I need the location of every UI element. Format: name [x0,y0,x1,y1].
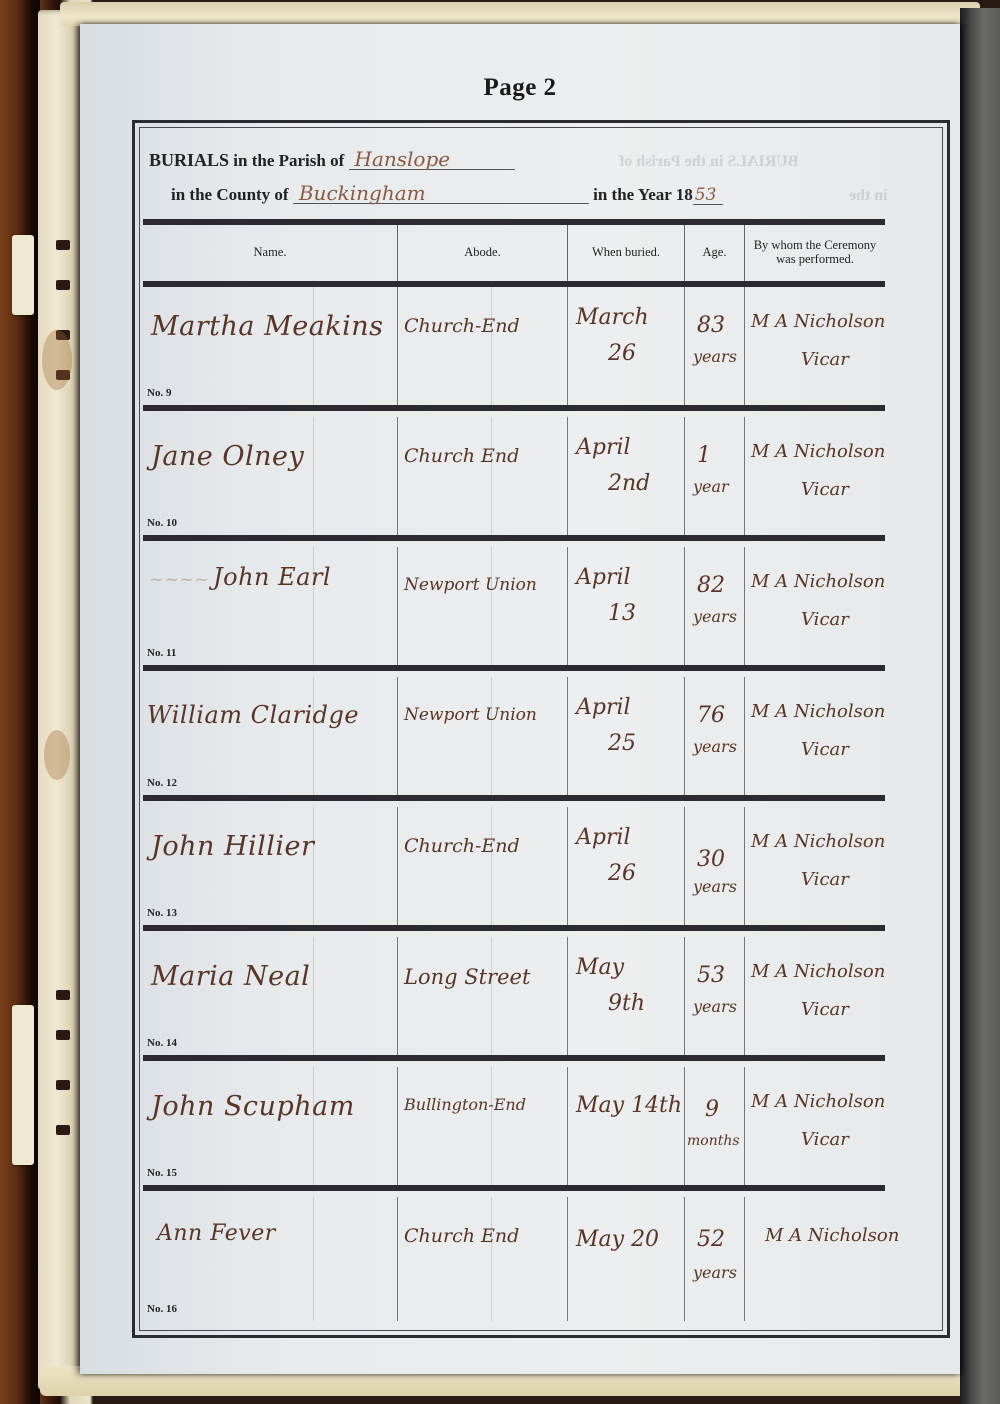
column-header-when-buried: When buried. [568,225,685,281]
entry-name: William Claridge [147,701,359,729]
entry-when-cell: April 25 [568,677,685,795]
rust-stain [44,730,70,780]
entry-number: No. 14 [147,1037,177,1049]
entry-officiant-cell: M A Nicholson [745,1197,885,1321]
burial-entry: William Claridge No. 12 Newport Union Ap… [143,677,885,801]
entry-abode-cell: Church End [398,417,568,535]
entry-when-cell: May 9th [568,937,685,1055]
entry-abode-cell: Church-End [398,287,568,405]
column-header-name: Name. [143,225,398,281]
parish-field: Hanslope [349,149,515,170]
entry-officiant: M A Nicholson [751,441,885,462]
entry-name: Ann Fever [157,1221,276,1246]
entry-age-unit: year [693,477,729,496]
entry-abode-cell: Bullington-End [398,1067,568,1185]
entry-officiant: M A Nicholson [751,571,885,592]
entry-age-cell: 83 years [685,287,745,405]
entry-age-unit: years [693,1263,737,1282]
entry-name: John Hillier [151,831,314,862]
burial-entries: Martha Meakins No. 9 Church-End March 26… [143,287,885,1327]
entry-age-unit: years [693,737,737,756]
entry-abode-cell: Newport Union [398,677,568,795]
binding-tab [12,1005,34,1165]
entry-name-cell: William Claridge No. 12 [143,677,398,795]
entry-number: No. 9 [147,387,171,399]
entry-officiant-cell: M A Nicholson Vicar [745,1067,885,1185]
entry-age-unit: years [693,347,737,366]
entry-name-cell: Maria Neal No. 14 [143,937,398,1055]
entry-officiant: M A Nicholson [751,831,885,852]
entry-abode: Bullington-End [404,1095,526,1114]
binding-hole [56,990,70,1000]
entry-name: John Scupham [151,1091,355,1122]
entry-age-unit: years [693,997,737,1016]
entry-age-cell: 30 years [685,807,745,925]
entry-age-cell: 53 years [685,937,745,1055]
burial-entry: John Hillier No. 13 Church-End April 26 … [143,807,885,931]
county-line: in the County of Buckingham in the Year … [171,183,723,205]
entry-age-value: 9 [705,1097,719,1122]
entry-age-cell: 82 years [685,547,745,665]
entry-when-cell: May 14th [568,1067,685,1185]
entry-officiant-cell: M A Nicholson Vicar [745,937,885,1055]
entry-officiant-cell: M A Nicholson Vicar [745,417,885,535]
entry-abode: Church-End [404,835,520,857]
entry-when-month: April [576,565,631,590]
entry-officiant-title: Vicar [801,869,849,890]
county-field: Buckingham [293,183,589,204]
entry-officiant: M A Nicholson [751,961,885,982]
column-header-abode: Abode. [398,225,568,281]
entry-name-cell: Martha Meakins No. 9 [143,287,398,405]
binding-hole [56,1080,70,1090]
entry-name-cell: ~~~~ John Earl No. 11 [143,547,398,665]
entry-when-month: April [576,825,631,850]
book-cover-right [960,8,1000,1404]
burial-entry: ~~~~ John Earl No. 11 Newport Union Apri… [143,547,885,671]
binding-hole [56,240,70,250]
burial-entry: Ann Fever No. 16 Church End May 20 52 ye… [143,1197,885,1321]
entry-officiant-cell: M A Nicholson Vicar [745,547,885,665]
entry-age-cell: 52 years [685,1197,745,1321]
entry-abode: Newport Union [404,575,537,595]
entry-officiant: M A Nicholson [751,311,885,332]
entry-age-cell: 76 years [685,677,745,795]
entry-name-cell: Jane Olney No. 10 [143,417,398,535]
entry-age-cell: 9 months [685,1067,745,1185]
burial-entry: John Scupham No. 15 Bullington-End May 1… [143,1067,885,1191]
entry-when-day: 26 [608,341,636,366]
book-shadow [0,0,40,1404]
column-header-row: Name. Abode. When buried. Age. By whom t… [143,219,885,287]
entry-officiant: M A Nicholson [751,1091,885,1112]
entry-age-value: 1 [697,443,711,468]
entry-name: John Earl [213,563,331,591]
entry-name-cell: Ann Fever No. 16 [143,1197,398,1321]
entry-number: No. 13 [147,907,177,919]
entry-number: No. 11 [147,647,176,659]
binding-hole [56,280,70,290]
column-header-by-whom: By whom the Ceremony was performed. [745,225,885,281]
binding-hole [56,1125,70,1135]
entry-officiant-title: Vicar [801,349,849,370]
bleed-through-text: in the [849,187,888,205]
entry-age-value: 83 [697,313,725,338]
entry-when-month: May 14th [576,1093,682,1118]
entry-officiant: M A Nicholson [751,701,885,722]
entry-name: Jane Olney [151,441,304,472]
entry-officiant-cell: M A Nicholson Vicar [745,807,885,925]
rust-stain [42,330,72,390]
entry-officiant-cell: M A Nicholson Vicar [745,677,885,795]
entry-abode: Church-End [404,315,520,337]
entry-age-cell: 1 year [685,417,745,535]
entry-number: No. 15 [147,1167,177,1179]
entry-age-unit: years [693,607,737,626]
register-heading: BURIALS in the Parish of Hanslope BURIAL… [149,141,933,225]
book-spine-binding [38,10,84,1390]
register-frame: BURIALS in the Parish of Hanslope BURIAL… [132,120,950,1338]
struck-out-text: ~~~~ [149,569,209,590]
entry-abode-cell: Church End [398,1197,568,1321]
entry-when-day: 25 [608,731,636,756]
entry-age-value: 53 [697,963,725,988]
top-page-edge [60,2,980,26]
entry-age-value: 30 [697,847,725,872]
entry-when-month: May [576,955,624,980]
entry-when-day: 13 [608,601,636,626]
entry-age-value: 52 [697,1227,725,1252]
entry-when-month: April [576,695,631,720]
entry-abode-cell: Church-End [398,807,568,925]
burial-entry: Maria Neal No. 14 Long Street May 9th 53… [143,937,885,1061]
page-title: Page 2 [80,74,960,102]
entry-when-cell: March 26 [568,287,685,405]
entry-name: Martha Meakins [151,311,384,342]
entry-when-cell: April 13 [568,547,685,665]
entry-officiant: M A Nicholson [765,1225,899,1246]
entry-number: No. 12 [147,777,177,789]
burial-entry: Jane Olney No. 10 Church End April 2nd 1… [143,417,885,541]
entry-abode-cell: Long Street [398,937,568,1055]
entry-officiant-title: Vicar [801,1129,849,1150]
binding-tab [12,235,34,315]
entry-officiant-title: Vicar [801,999,849,1020]
entry-when-month: May 20 [576,1227,659,1252]
entry-name-cell: John Hillier No. 13 [143,807,398,925]
year-field: 53 [693,187,723,205]
entry-officiant-title: Vicar [801,479,849,500]
entry-when-cell: April 26 [568,807,685,925]
entry-age-unit: years [693,877,737,896]
entry-name: Maria Neal [151,961,310,992]
entry-age-value: 82 [697,573,725,598]
burial-entry: Martha Meakins No. 9 Church-End March 26… [143,287,885,411]
register-page: Page 2 BURIALS in the Parish of Hanslope… [80,24,960,1374]
parish-line: BURIALS in the Parish of Hanslope [149,149,515,171]
entry-when-month: March [576,305,649,330]
entry-when-month: April [576,435,631,460]
entry-when-day: 9th [608,991,645,1016]
entry-officiant-cell: M A Nicholson Vicar [745,287,885,405]
entry-name-cell: John Scupham No. 15 [143,1067,398,1185]
entry-number: No. 16 [147,1303,177,1315]
entry-age-value: 76 [697,703,725,728]
entry-abode: Church End [404,1225,519,1247]
entry-abode: Newport Union [404,705,537,725]
bleed-through-text: BURIALS in the Parish of [619,153,799,171]
entry-when-day: 26 [608,861,636,886]
entry-officiant-title: Vicar [801,609,849,630]
entry-abode-cell: Newport Union [398,547,568,665]
column-header-age: Age. [685,225,745,281]
entry-when-cell: April 2nd [568,417,685,535]
entry-officiant-title: Vicar [801,739,849,760]
entry-abode: Church End [404,445,519,467]
binding-hole [56,1030,70,1040]
entry-number: No. 10 [147,517,177,529]
entry-age-unit: months [687,1133,740,1149]
entry-when-day: 2nd [608,471,650,496]
entry-when-cell: May 20 [568,1197,685,1321]
entry-abode: Long Street [404,965,530,989]
